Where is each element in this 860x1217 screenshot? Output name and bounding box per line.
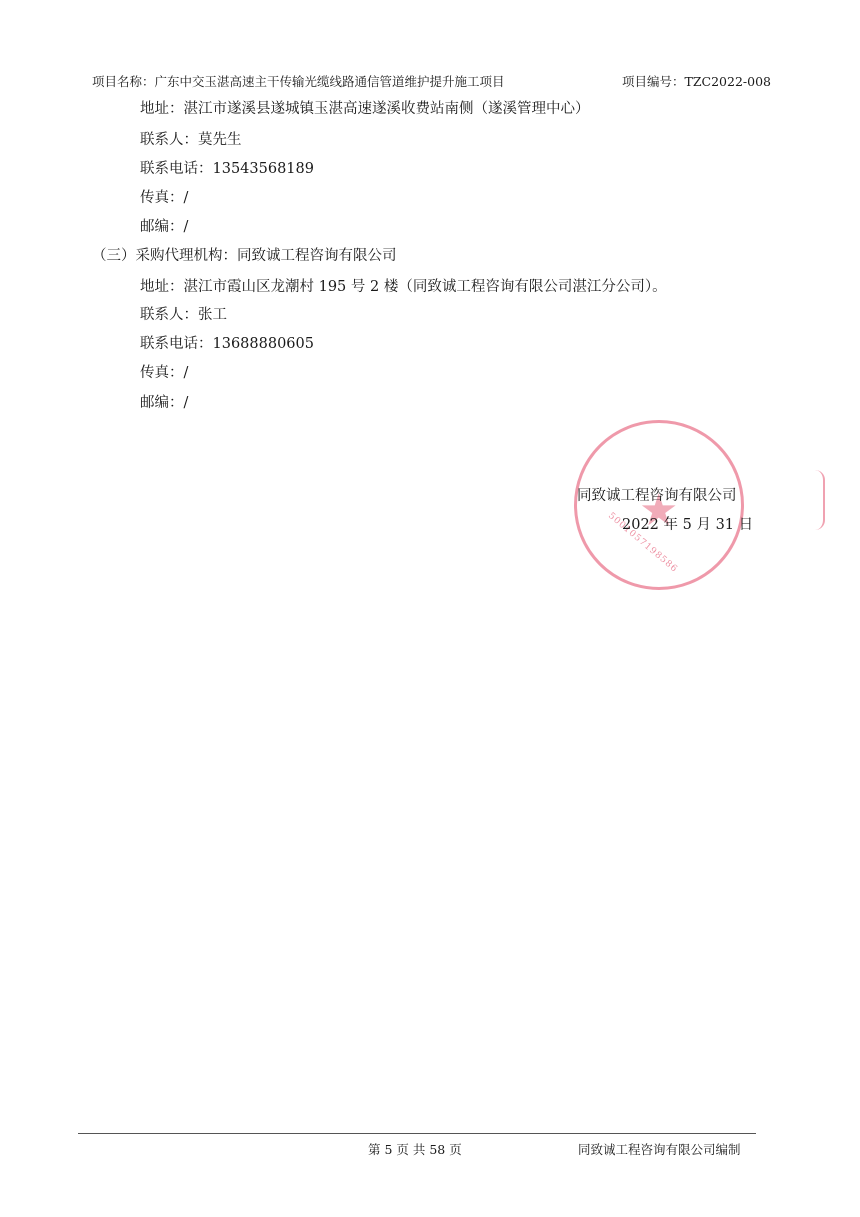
agency-address: 地址：湛江市霞山区龙潮村 195 号 2 楼（同致诚工程咨询有限公司湛江分公司）… xyxy=(140,275,667,296)
company-seal: 同致诚工程咨询有限公司 ★ 5001057198586 xyxy=(574,420,744,590)
agency-postcode: 邮编：/ xyxy=(140,391,188,412)
footer-compiler: 同致诚工程咨询有限公司编制 xyxy=(578,1140,741,1158)
purchaser-postcode: 邮编：/ xyxy=(140,215,188,236)
agency-heading: （三）采购代理机构：同致诚工程咨询有限公司 xyxy=(92,244,397,265)
signature-date: 2022 年 5 月 31 日 xyxy=(622,513,753,534)
agency-fax: 传真：/ xyxy=(140,361,188,382)
project-number: 项目编号：TZC2022-008 xyxy=(622,72,771,90)
project-name: 项目名称：广东中交玉湛高速主干传输光缆线路通信管道维护提升施工项目 xyxy=(92,72,505,90)
purchaser-address: 地址：湛江市遂溪县遂城镇玉湛高速遂溪收费站南侧（遂溪管理中心） xyxy=(140,97,590,118)
signature-company: 同致诚工程咨询有限公司 xyxy=(577,484,737,505)
seal-edge-mark xyxy=(815,470,825,530)
purchaser-fax: 传真：/ xyxy=(140,186,188,207)
agency-phone: 联系电话：13688880605 xyxy=(140,332,314,353)
page-number: 第 5 页 共 58 页 xyxy=(368,1140,462,1158)
agency-contact: 联系人：张工 xyxy=(140,303,227,324)
purchaser-contact: 联系人：莫先生 xyxy=(140,128,242,149)
footer-divider xyxy=(78,1133,756,1134)
purchaser-phone: 联系电话：13543568189 xyxy=(140,157,314,178)
